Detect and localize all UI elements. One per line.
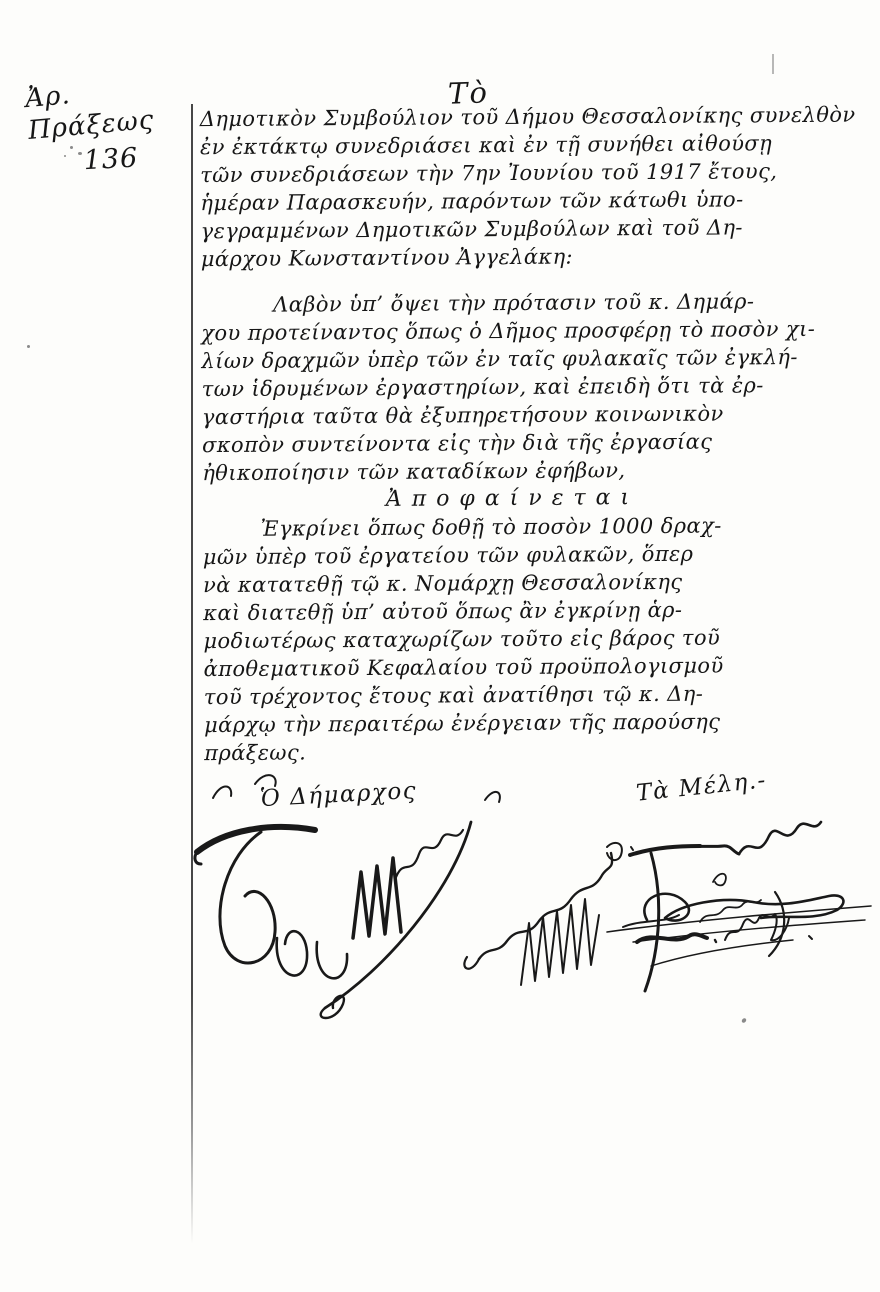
text-line: μοδιωτέρως καταχωρίζων τοῦτο εἰς βάρος τ…: [203, 623, 823, 655]
text-line: μῶν ὑπὲρ τοῦ ἐργατείου τῶν φυλακῶν, ὅπερ: [203, 539, 823, 571]
scan-speck: [27, 345, 30, 348]
act-text: Δημοτικὸν Συμβούλιον τοῦ Δήμου Θεσσαλονί…: [200, 101, 825, 767]
scan-speck: [741, 1017, 747, 1023]
margin-rule-line: [191, 104, 193, 1244]
text-line: μάρχῳ τὴν περαιτέρω ἐνέργειαν τῆς παρούσ…: [204, 707, 824, 739]
text-line: τῶν συνεδριάσεων τὴν 7ην Ἰουνίου τοῦ 191…: [200, 157, 820, 189]
text-line: καὶ διατεθῇ ὑπ’ αὐτοῦ ὅπως ἂν ἐγκρίνῃ ἁρ…: [203, 595, 823, 627]
decision-heading: Ἀποφαίνεται: [202, 483, 822, 515]
text-line: νὰ κατατεθῇ τῷ κ. Νομάρχῃ Θεσσαλονίκης: [203, 567, 823, 599]
text-line: Δημοτικὸν Συμβούλιον τοῦ Δήμου Θεσσαλονί…: [200, 101, 820, 133]
text-line: γεγραμμένων Δημοτικῶν Συμβούλων καὶ τοῦ …: [200, 213, 820, 245]
text-line: Ἐγκρίνει ὅπως δοθῇ τὸ ποσὸν 1000 δραχ-: [203, 511, 823, 543]
member-signature-1: [630, 822, 821, 855]
text-line: σκοπὸν συντείνοντα εἰς τὴν διὰ τῆς ἐργασ…: [202, 427, 822, 459]
text-line: ἡμέραν Παρασκευήν, παρόντων τῶν κάτωθι ὑ…: [200, 185, 820, 217]
text-line: ἀποθεματικοῦ Κεφαλαίου τοῦ προϋπολογισμο…: [204, 651, 824, 683]
member-signature-4: [637, 914, 812, 966]
text-line: των ἱδρυμένων ἐργαστηρίων, καὶ ἐπειδὴ ὅτ…: [202, 371, 822, 403]
act-number-value: 136: [30, 140, 191, 180]
text-line: τοῦ τρέχοντος ἔτους καὶ ἀνατίθησι τῷ κ. …: [204, 679, 824, 711]
text-line: λίων δραχμῶν ὑπὲρ τῶν ἐν ταῖς φυλακαῖς τ…: [201, 343, 821, 375]
text-line: ἠθικοποίησιν τῶν καταδίκων ἐφήβων,: [202, 455, 822, 487]
text-line: χου προτείναντος ὅπως ὁ Δῆμος προσφέρῃ τ…: [201, 315, 821, 347]
scan-artifact-dash: [772, 54, 774, 74]
act-number-note: Ἀρ. Πράξεως 136: [24, 69, 192, 183]
text-line: μάρχου Κωνσταντίνου Ἀγγελάκη:: [201, 241, 821, 273]
text-line: Λαβὸν ὑπ’ ὄψει τὴν πρότασιν τοῦ κ. Δημάρ…: [201, 287, 821, 319]
members-signatures: [585, 770, 880, 1000]
manuscript-page: Ἀρ. Πράξεως 136 Τὸ Δημοτικὸν Συμβούλιον …: [0, 0, 880, 1292]
text-line: γαστήρια ταῦτα θὰ ἐξυπηρετήσουν κοινωνικ…: [202, 399, 822, 431]
text-line: ἐν ἐκτάκτῳ συνεδριάσει καὶ ἐν τῇ συνήθει…: [200, 129, 820, 161]
act-number-label: Ἀρ. Πράξεως: [24, 80, 155, 146]
